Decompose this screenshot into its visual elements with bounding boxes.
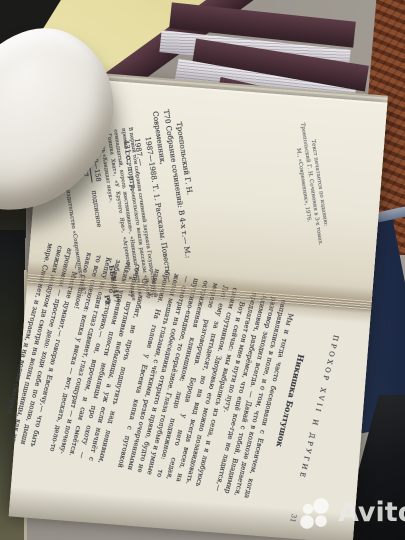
avito-logo-icon — [290, 489, 336, 535]
marketplace-photo: Гавриил Т роепо Текст печатается по изда… — [0, 0, 405, 540]
code-note: подписное — [90, 190, 104, 228]
avito-watermark: Avito — [290, 489, 405, 535]
avito-watermark-label: Avito — [338, 497, 405, 528]
edition-note: Текст печатается по изданию: Троепольски… — [288, 108, 334, 260]
